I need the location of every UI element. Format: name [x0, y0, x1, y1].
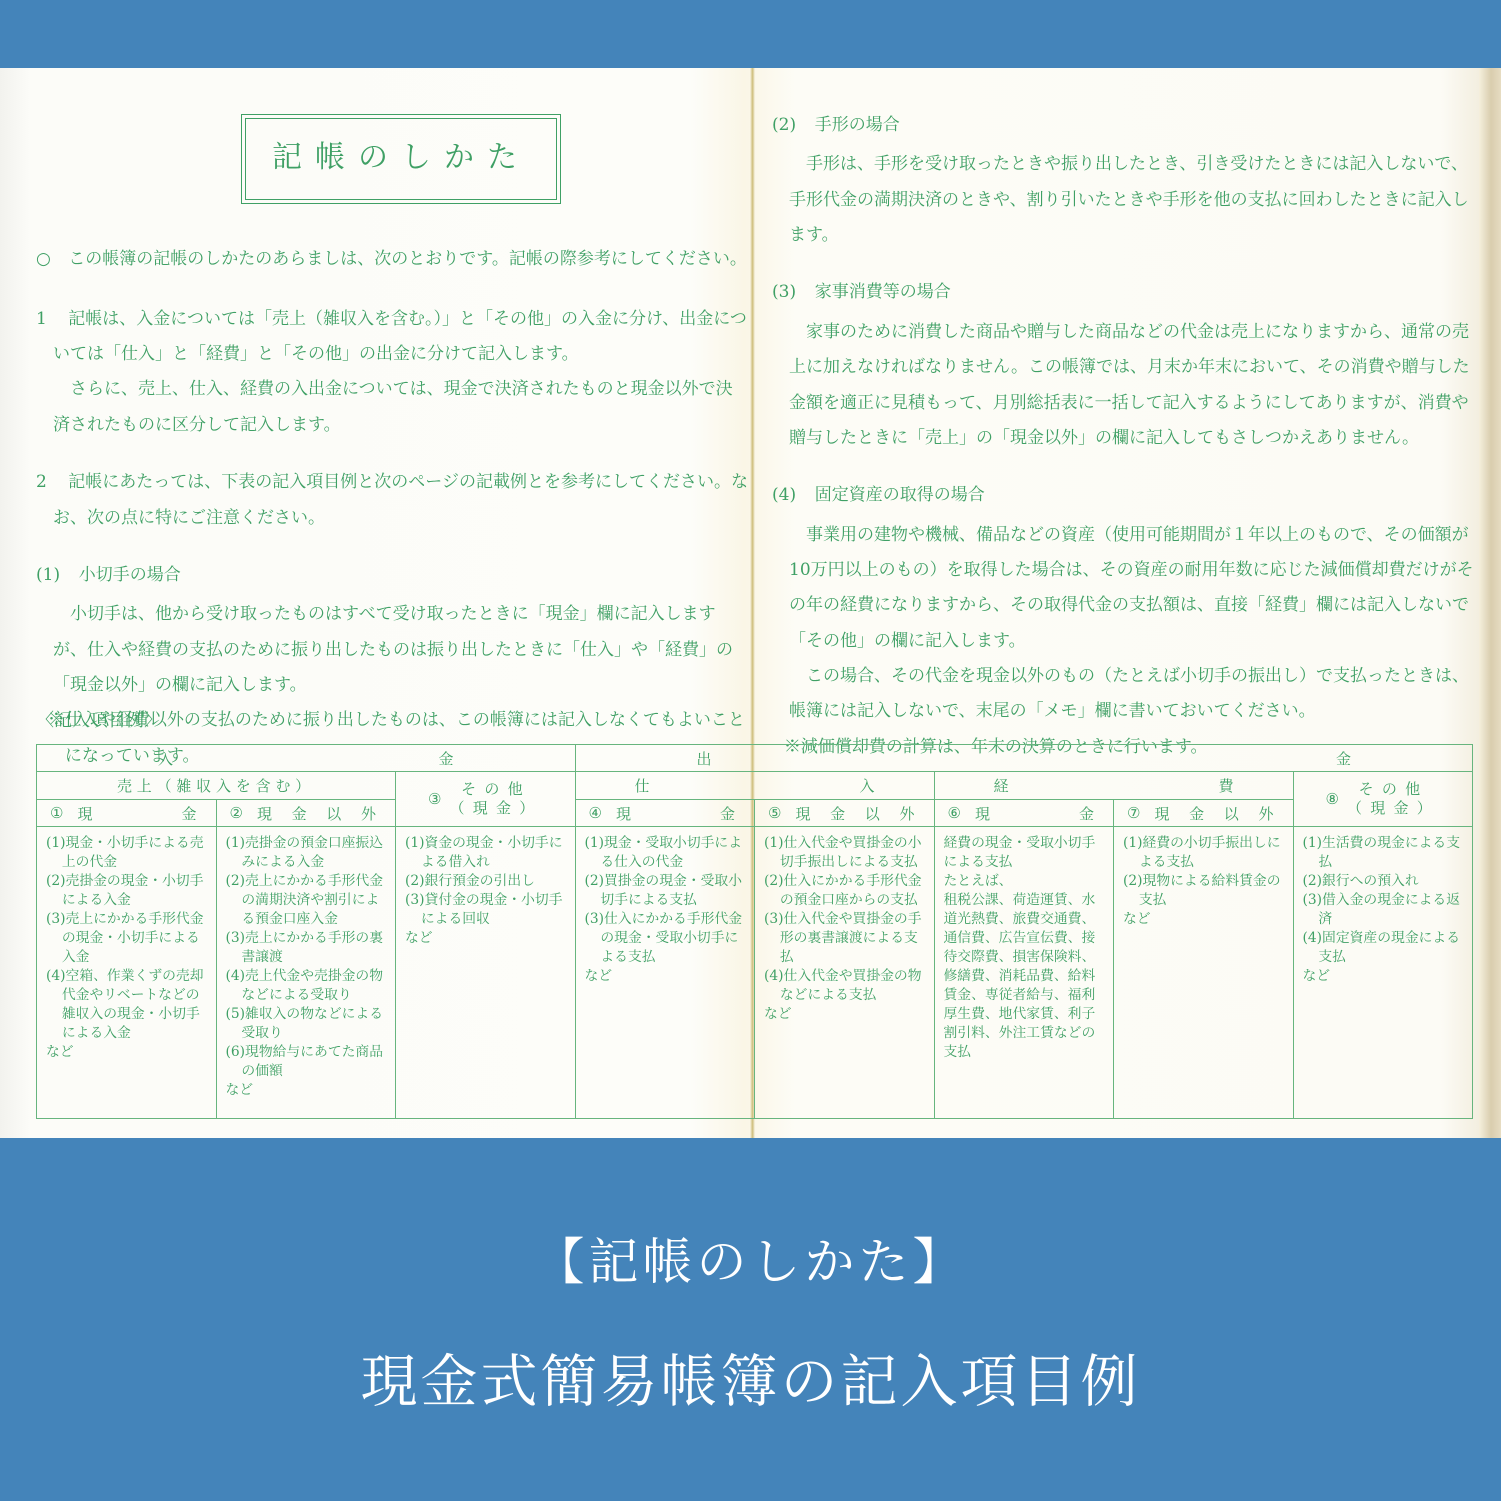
col6-label: 現金 — [969, 803, 1100, 824]
cell-item: (3)売上にかかる手形代金の現金・小切手による入金 — [46, 910, 211, 967]
header-col2-genkin-igai: ②現金以外 — [216, 800, 396, 827]
cell-item: など — [1123, 910, 1288, 929]
page-title-box: 記帳のしかた — [241, 114, 561, 204]
header-col7-genkin-igai: ⑦現金以外 — [1114, 800, 1294, 827]
caption-line-1: 【記帳のしかた】 — [535, 1222, 967, 1294]
cell-item: など — [764, 1005, 929, 1024]
header-sonota-out: ⑧ その他 （現金） — [1293, 772, 1473, 827]
cell-item: (1)資金の現金・小切手による借入れ — [405, 834, 570, 872]
cell-purchases-noncash: (1)仕入代金や買掛金の小切手振出しによる支払(2)仕入にかかる手形代金の預金口… — [755, 827, 935, 1119]
case-4-title: 固定資産の取得の場合 — [815, 485, 985, 505]
header-nyukin: 入金 — [37, 745, 576, 772]
header-sonota-in-number: ③ — [428, 790, 441, 808]
table-body-row: (1)現金・小切手による売上の代金(2)売掛金の現金・小切手による入金(3)売上… — [37, 827, 1473, 1119]
cell-item: (2)銀行預金の引出し — [405, 872, 570, 891]
cell-item: など — [405, 929, 570, 948]
case-1-heading: (1)小切手の場合 — [36, 558, 748, 593]
case-1-number: (1) — [36, 565, 60, 585]
cell-item: (3)貸付金の現金・小切手による回収 — [405, 891, 570, 929]
table-caption: 〈記入項目例〉 — [36, 706, 162, 732]
cell-item: 租税公課、荷造運賃、水道光熱費、旅費交通費、通信費、広告宣伝費、接待交際費、損害… — [944, 891, 1109, 1062]
scanned-document-image: 記帳のしかた ○ この帳簿の記帳のしかたのあらましは、次のとおりです。記帳の際参… — [0, 0, 1501, 1501]
cell-item: (1)生活費の現金による支払 — [1303, 834, 1468, 872]
cell-item: (2)仕入にかかる手形代金の預金口座からの支払 — [764, 872, 929, 910]
header-sonota-in-line2: （現金） — [449, 799, 542, 819]
cell-item: (1)経費の小切手振出しによる支払 — [1123, 834, 1288, 872]
header-keihi-label: 経費 — [936, 775, 1292, 796]
cell-item: (1)現金・小切手による売上の代金 — [46, 834, 211, 872]
cell-item: (3)仕入にかかる手形代金の現金・受取小切手による支払 — [585, 910, 750, 967]
caption-line-2: 現金式簡易帳簿の記入項目例 — [361, 1336, 1141, 1418]
cell-item: など — [226, 1081, 391, 1100]
section-1: 1 記帳は、入金については「売上（雑収入を含む。）」と「その他」の入金に分け、出… — [36, 302, 748, 443]
cell-expenses-cash: 経費の現金・受取小切手による支払たとえば、租税公課、荷造運賃、水道光熱費、旅費交… — [934, 827, 1114, 1119]
header-uriage-label: 売上（雑収入を含む） — [38, 775, 394, 796]
section-1-p1: 1 記帳は、入金については「売上（雑収入を含む。）」と「その他」の入金に分け、出… — [36, 302, 748, 373]
cell-item: (2)買掛金の現金・受取小切手による支払 — [585, 872, 750, 910]
cell-item: (3)借入金の現金による返済 — [1303, 891, 1468, 929]
case-3-title: 家事消費等の場合 — [815, 282, 951, 302]
cell-sales-cash: (1)現金・小切手による売上の代金(2)売掛金の現金・小切手による入金(3)売上… — [37, 827, 217, 1119]
cell-item: など — [1303, 967, 1468, 986]
case-4-number: (4) — [772, 485, 796, 505]
header-col4-genkin: ④現金 — [575, 800, 755, 827]
top-blue-band — [0, 0, 1501, 68]
cell-item: (1)売掛金の預金口座振込みによる入金 — [226, 834, 391, 872]
col5-number: ⑤ — [768, 804, 781, 822]
left-column: 記帳のしかた ○ この帳簿の記帳のしかたのあらましは、次のとおりです。記帳の際参… — [36, 68, 748, 796]
col2-number: ② — [230, 804, 243, 822]
section-2-p1: 2 記帳にあたっては、下表の記入項目例と次のページの記載例とを参考にしてください… — [36, 465, 748, 536]
header-col6-genkin: ⑥現金 — [934, 800, 1114, 827]
cell-item: (2)売上にかかる手形代金の満期決済や割引による預金口座入金 — [226, 872, 391, 929]
section-2-text: 記帳にあたっては、下表の記入項目例と次のページの記載例とを参考にしてください。な… — [53, 465, 748, 536]
header-uriage: 売上（雑収入を含む） — [37, 772, 396, 800]
header-shukkin: 出金 — [575, 745, 1473, 772]
header-sonota-in: ③ その他 （現金） — [396, 772, 576, 827]
case-4-fixed-assets: (4)固定資産の取得の場合 事業用の建物や機械、備品などの資産（使用可能期間が１… — [772, 478, 1478, 765]
col4-label: 現金 — [610, 803, 741, 824]
header-sonota-in-line1: その他 — [449, 780, 542, 800]
cell-expenses-noncash: (1)経費の小切手振出しによる支払(2)現物による給料賃金の支払など — [1114, 827, 1294, 1119]
header-shiire-label: 仕入 — [577, 775, 933, 796]
case-3-number: (3) — [772, 282, 796, 302]
document-page: 記帳のしかた ○ この帳簿の記帳のしかたのあらましは、次のとおりです。記帳の際参… — [0, 68, 1501, 1138]
case-1-title: 小切手の場合 — [79, 565, 181, 585]
col5-label: 現金以外 — [789, 803, 920, 824]
col2-label: 現金以外 — [251, 803, 382, 824]
section-2: 2 記帳にあたっては、下表の記入項目例と次のページの記載例とを参考にしてください… — [36, 465, 748, 536]
right-column: (2)手形の場合 手形は、手形を受け取ったときや振り出したとき、引き受けたときに… — [772, 108, 1478, 787]
cell-purchases-cash: (1)現金・受取小切手による仕入の代金(2)買掛金の現金・受取小切手による支払(… — [575, 827, 755, 1119]
col6-number: ⑥ — [948, 804, 961, 822]
cell-item: 経費の現金・受取小切手による支払 — [944, 834, 1109, 872]
cell-item: (3)売上にかかる手形の裏書譲渡 — [226, 929, 391, 967]
header-nyukin-label: 入金 — [38, 748, 574, 769]
cell-item: (2)銀行への預入れ — [1303, 872, 1468, 891]
section-1-p2: さらに、売上、仕入、経費の入出金については、現金で決済されたものと現金以外で決済… — [36, 372, 748, 443]
cell-item: (4)仕入代金や買掛金の物などによる支払 — [764, 967, 929, 1005]
header-col1-genkin: ①現金 — [37, 800, 217, 827]
case-2-title: 手形の場合 — [815, 115, 900, 135]
cell-item: など — [585, 967, 750, 986]
cell-item: (6)現物給与にあてた商品の価額 — [226, 1043, 391, 1081]
cell-sales-noncash: (1)売掛金の預金口座振込みによる入金(2)売上にかかる手形代金の満期決済や割引… — [216, 827, 396, 1119]
case-2-bills: (2)手形の場合 手形は、手形を受け取ったときや振り出したとき、引き受けたときに… — [772, 108, 1478, 253]
case-2-heading: (2)手形の場合 — [772, 108, 1478, 143]
cell-item: たとえば、 — [944, 872, 1109, 891]
case-4-body-2: この場合、その代金を現金以外のもの（たとえば小切手の振出し）で支払ったときは、帳… — [772, 659, 1478, 730]
cell-other-income: (1)資金の現金・小切手による借入れ(2)銀行預金の引出し(3)貸付金の現金・小… — [396, 827, 576, 1119]
section-1-text: 記帳は、入金については「売上（雑収入を含む。）」と「その他」の入金に分け、出金に… — [53, 302, 748, 373]
case-4-heading: (4)固定資産の取得の場合 — [772, 478, 1478, 513]
case-3-body: 家事のために消費した商品や贈与した商品などの代金は売上になりますから、通常の売上… — [772, 315, 1478, 456]
col7-number: ⑦ — [1127, 804, 1140, 822]
case-3-household: (3)家事消費等の場合 家事のために消費した商品や贈与した商品などの代金は売上に… — [772, 275, 1478, 456]
cell-item: (2)売掛金の現金・小切手による入金 — [46, 872, 211, 910]
cell-item: (4)売上代金や売掛金の物などによる受取り — [226, 967, 391, 1005]
cell-item: (5)雑収入の物などによる受取り — [226, 1005, 391, 1043]
cell-item: など — [46, 1043, 211, 1062]
header-keihi: 経費 — [934, 772, 1293, 800]
intro-text: この帳簿の記帳のしかたのあらましは、次のとおりです。記帳の際参考にしてください。 — [53, 242, 748, 277]
bottom-caption-band: 【記帳のしかた】 現金式簡易帳簿の記入項目例 — [0, 1138, 1501, 1501]
case-1-body: 小切手は、他から受け取ったものはすべて受け取ったときに「現金」欄に記入しますが、… — [36, 597, 748, 703]
col1-number: ① — [50, 804, 63, 822]
page-right-edge — [1479, 68, 1501, 1138]
header-shukkin-label: 出金 — [577, 748, 1472, 769]
case-1-cheques: (1)小切手の場合 小切手は、他から受け取ったものはすべて受け取ったときに「現金… — [36, 558, 748, 774]
header-sonota-out-number: ⑧ — [1326, 790, 1339, 808]
case-3-heading: (3)家事消費等の場合 — [772, 275, 1478, 310]
header-sonota-out-line2: （現金） — [1347, 799, 1440, 819]
col1-label: 現金 — [71, 803, 202, 824]
header-col5-genkin-igai: ⑤現金以外 — [755, 800, 935, 827]
col7-label: 現金以外 — [1148, 803, 1279, 824]
entry-items-table: 入金 出金 売上（雑収入を含む） ③ その他 （現金） 仕入 経費 — [36, 744, 1473, 1119]
header-sonota-out-line1: その他 — [1347, 780, 1440, 800]
cell-item: (3)仕入代金や買掛金の手形の裏書譲渡による支払 — [764, 910, 929, 967]
header-shiire: 仕入 — [575, 772, 934, 800]
page-title: 記帳のしかた — [245, 118, 557, 200]
cell-item: (2)現物による給料賃金の支払 — [1123, 872, 1288, 910]
col4-number: ④ — [589, 804, 602, 822]
cell-other-payments: (1)生活費の現金による支払(2)銀行への預入れ(3)借入金の現金による返済(4… — [1293, 827, 1473, 1119]
intro-paragraph: ○ この帳簿の記帳のしかたのあらましは、次のとおりです。記帳の際参考にしてくださ… — [36, 242, 748, 277]
cell-item: (1)現金・受取小切手による仕入の代金 — [585, 834, 750, 872]
cell-item: (4)固定資産の現金による支払 — [1303, 929, 1468, 967]
case-2-body: 手形は、手形を受け取ったときや振り出したとき、引き受けたときには記入しないで、手… — [772, 147, 1478, 253]
case-2-number: (2) — [772, 115, 796, 135]
cell-item: (1)仕入代金や買掛金の小切手振出しによる支払 — [764, 834, 929, 872]
case-4-body-1: 事業用の建物や機械、備品などの資産（使用可能期間が１年以上のもので、その価額が1… — [772, 518, 1478, 659]
cell-item: (4)空箱、作業くずの売却代金やリベートなどの雑収入の現金・小切手による入金 — [46, 967, 211, 1043]
